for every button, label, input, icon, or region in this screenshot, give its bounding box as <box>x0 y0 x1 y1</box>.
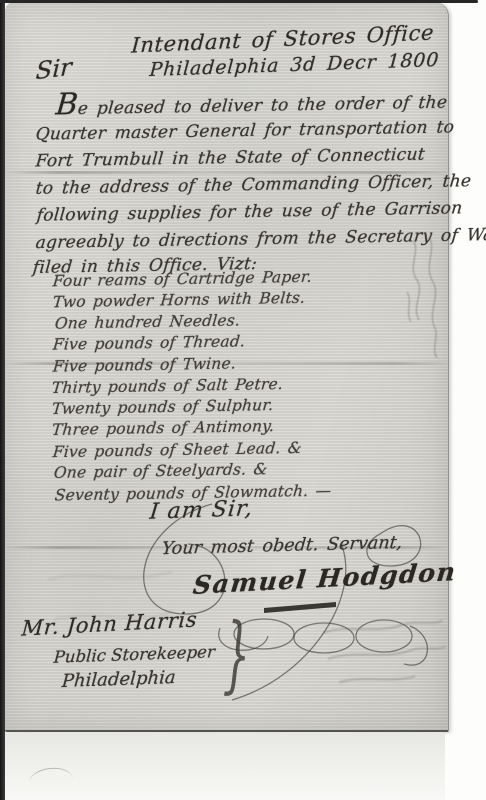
address-brace: } <box>223 611 251 697</box>
scanned-letter-page: Intendant of Stores Office Philadelphia … <box>0 0 486 800</box>
lower-sheet-edge <box>5 732 445 800</box>
bleedthrough-lower-marks <box>316 609 451 706</box>
supply-item-5: Five pounds of Twine. <box>52 356 237 375</box>
supply-item-8: Three pounds of Antimony. <box>51 419 275 438</box>
bleedthrough-mid-marks <box>40 560 180 670</box>
supply-item-4: Five pounds of Thread. <box>52 334 246 353</box>
bleedthrough-docket-marks <box>403 232 447 362</box>
left-scan-border <box>0 0 5 800</box>
salutation: Sir <box>35 55 72 83</box>
recipient-place: Philadelphia <box>61 669 176 691</box>
supply-item-10: One pair of Steelyards. & <box>53 462 268 481</box>
top-scan-border <box>0 0 478 3</box>
supply-item-3: One hundred Needles. <box>54 313 241 332</box>
supply-item-7: Twenty pounds of Sulphur. <box>51 398 274 417</box>
